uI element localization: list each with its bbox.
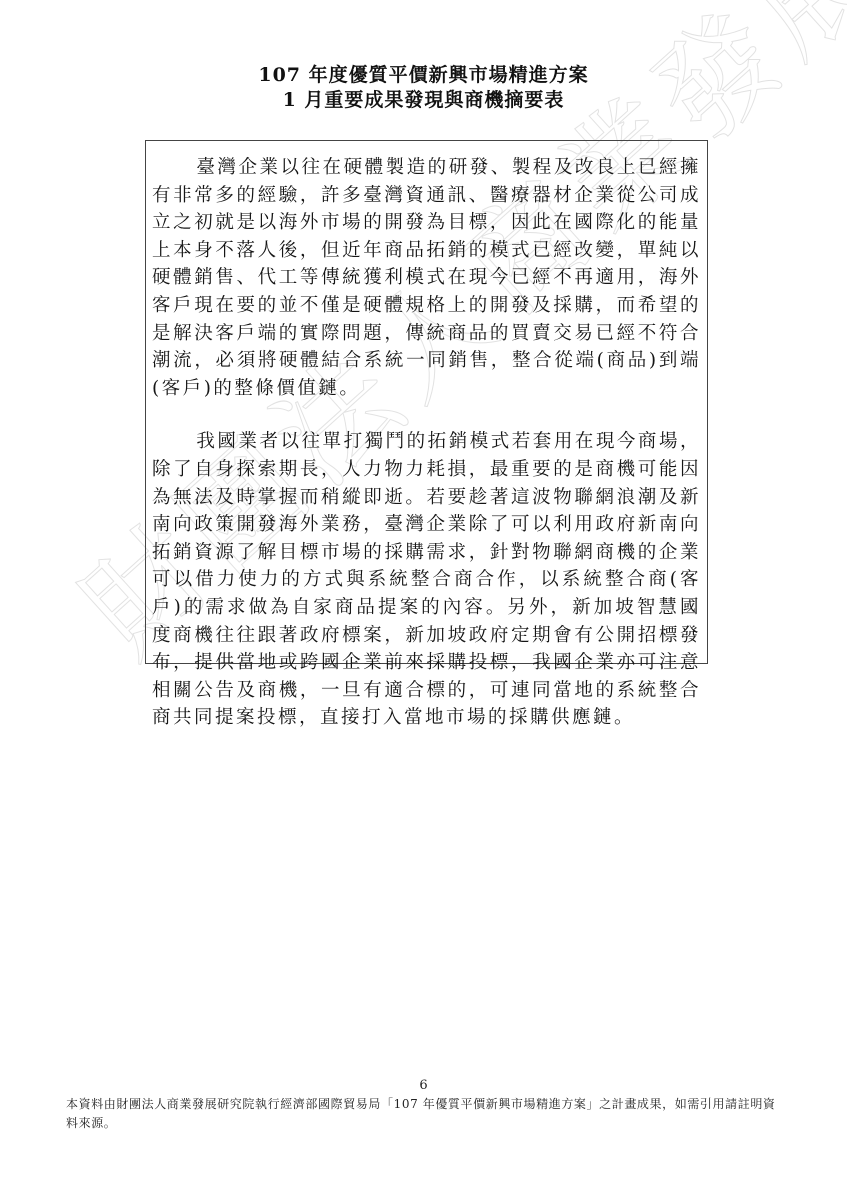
- document-title: 107 年度優質平價新興市場精進方案 1 月重要成果發現與商機摘要表: [0, 63, 847, 113]
- summary-box: 臺灣企業以往在硬體製造的研發、製程及改良上已經擁有非常多的經驗，許多臺灣資通訊、…: [145, 140, 708, 664]
- page-number: 6: [0, 1078, 847, 1093]
- footer-note: 本資料由財團法人商業發展研究院執行經濟部國際貿易局「107 年優質平價新興市場精…: [66, 1095, 786, 1133]
- paragraph-2: 我國業者以往單打獨鬥的拓銷模式若套用在現今商場，除了自身探索期長，人力物力耗損，…: [152, 428, 701, 732]
- paragraph-1: 臺灣企業以往在硬體製造的研發、製程及改良上已經擁有非常多的經驗，許多臺灣資通訊、…: [152, 154, 701, 402]
- title-line-2: 1 月重要成果發現與商機摘要表: [0, 88, 847, 113]
- title-line-1: 107 年度優質平價新興市場精進方案: [0, 63, 847, 88]
- document-page: 財團法人商業發展研究院 107 年度優質平價新興市場精進方案 1 月重要成果發現…: [0, 0, 847, 1200]
